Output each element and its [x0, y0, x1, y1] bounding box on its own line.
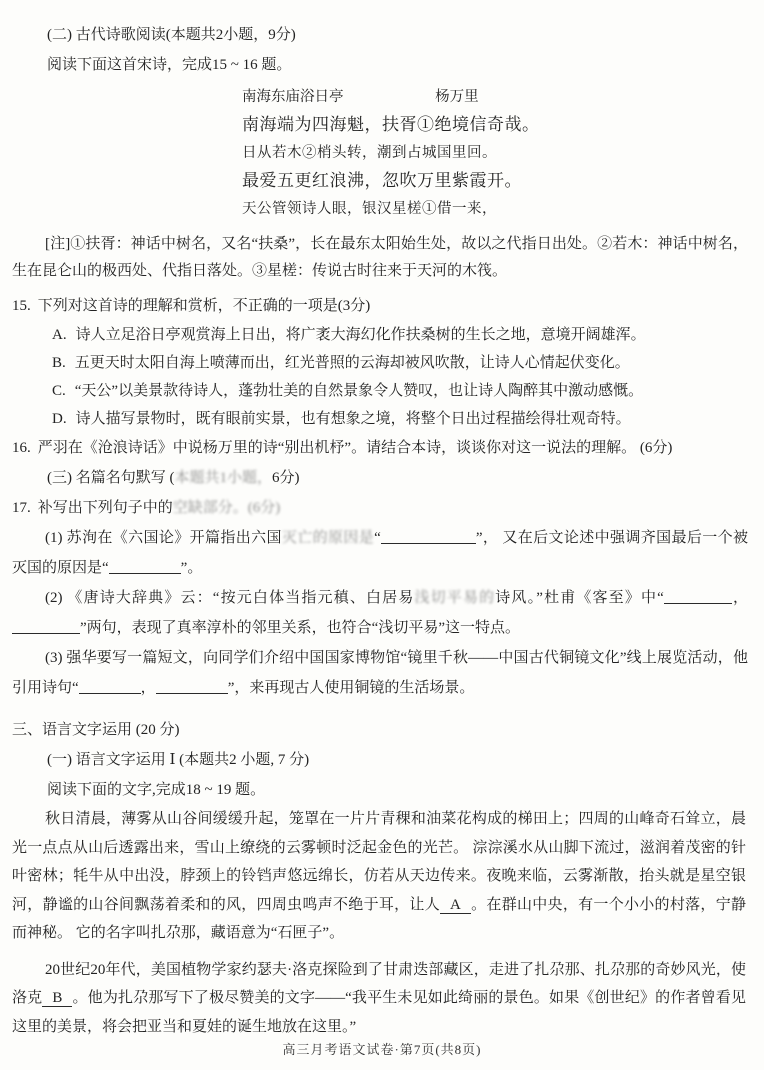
item-text: ，: [732, 590, 748, 606]
blank-line: [79, 680, 141, 694]
item-text: (1) 苏洵在《六国论》开篇指出六国: [45, 530, 282, 546]
poem-line: 南海端为四海魁，扶胥①绝境信奇哉。: [242, 111, 748, 139]
poem-title-row: 南海东庙浴日亭 杨万里: [242, 84, 748, 111]
option-label: D.: [52, 405, 67, 433]
smudged-text: 空缺部分。(6分): [173, 500, 281, 516]
poem-block: 南海东庙浴日亭 杨万里 南海端为四海魁，扶胥①绝境信奇哉。 日从若木②梢头转，潮…: [242, 84, 748, 223]
question-17-stem: 补写出下列句子中的空缺部分。(6分): [38, 493, 281, 523]
question-17-item-3: (3) 强华要写一篇短文，向同学们介绍中国国家博物馆“镜里千秋——中国古代铜镜文…: [12, 643, 748, 703]
smudged-text: 本题共1小题，: [175, 470, 273, 486]
passage-paragraph-1: 秋日清晨，薄雾从山谷间缓缓升起，笼罩在一片片青稞和油菜花构成的梯田上；四周的山峰…: [12, 805, 746, 948]
section-spacer: [12, 703, 748, 715]
question-16-number: 16.: [12, 433, 31, 463]
question-17-number: 17.: [12, 493, 31, 523]
question-15-number: 15.: [12, 291, 31, 321]
language-reading-intro: 阅读下面的文字,完成18 ~ 19 题。: [47, 775, 748, 805]
option-text: “天公”以美景款待诗人，蓬勃壮美的自然景象令人赞叹，也让诗人陶醉其中激动感慨。: [75, 377, 643, 405]
question-17: 17. 补写出下列句子中的空缺部分。(6分): [12, 493, 748, 523]
blank-a: A: [440, 897, 471, 914]
item-text: ”，来再现古人使用铜镜的生活场景。: [228, 680, 475, 696]
question-15: 15. 下列对这首诗的理解和赏析，不正确的一项是(3分): [12, 291, 748, 321]
question-15-stem: 下列对这首诗的理解和赏析，不正确的一项是(3分): [38, 291, 371, 321]
header-text: 6分): [272, 470, 300, 486]
question-15-option-b: B. 五更天时太阳自海上喷薄而出，红光普照的云海却被风吹散，让诗人心情起伏变化。: [52, 349, 748, 377]
poem-author: 杨万里: [435, 89, 479, 105]
language-sub-header: (一) 语言文字运用 Ⅰ (本题共2 小题, 7 分): [47, 745, 748, 775]
smudged-text: 浅切平易的: [415, 590, 496, 606]
question-17-item-1: (1) 苏洵在《六国论》开篇指出六国灭亡的原因是“”， 又在后文论述中强调齐国最…: [12, 523, 748, 583]
paragraph-text: 。他为扎尕那写下了极尽赞美的文字——“我平生未见如此绮丽的景色。如果《创世纪》的…: [12, 990, 746, 1035]
item-text: ”。: [181, 560, 203, 576]
question-17-item-2: (2) 《唐诗大辞典》云：“按元白体当指元稹、白居易浅切平易的诗风。”杜甫《客至…: [12, 583, 748, 643]
option-label: A.: [52, 321, 67, 349]
item-text: ，: [141, 680, 156, 696]
item-text: 诗风。”杜甫《客至》中“: [495, 590, 664, 606]
blank-b: B: [42, 990, 72, 1007]
question-15-option-a: A. 诗人立足浴日亭观赏海上日出，将广袤大海幻化作扶桑树的生长之地，意境开阔雄浑…: [52, 321, 748, 349]
poetry-section-header: (二) 古代诗歌阅读(本题共2小题，9分): [47, 20, 748, 50]
passage-paragraph-2: 20世纪20年代，美国植物学家约瑟夫·洛克探险到了甘肃迭部藏区，走进了扎尕那、扎…: [12, 956, 746, 1042]
language-section-header: 三、语言文字运用 (20 分): [12, 715, 748, 745]
dictation-section-header: (三) 名篇名句默写 (本题共1小题，6分): [47, 463, 748, 493]
poem-line: 最爱五更红浪沸，忽吹万里紫霞开。: [242, 167, 748, 195]
poem-line: 日从若木②梢头转，潮到占城国里回。: [242, 139, 748, 167]
blank-line: [109, 560, 181, 574]
poetry-reading-intro: 阅读下面这首宋诗，完成15 ~ 16 题。: [47, 50, 748, 80]
exam-page: (二) 古代诗歌阅读(本题共2小题，9分) 阅读下面这首宋诗，完成15 ~ 16…: [0, 0, 764, 1070]
poem-line: 天公管领诗人眼，银汉星槎①借一来，: [242, 195, 748, 223]
blank-line: [664, 590, 732, 604]
header-text: (三) 名篇名句默写 (: [47, 470, 175, 486]
item-text: (2) 《唐诗大辞典》云：“按元白体当指元稹、白居易: [45, 590, 415, 606]
option-text: 诗人立足浴日亭观赏海上日出，将广袤大海幻化作扶桑树的生长之地，意境开阔雄浑。: [76, 321, 646, 349]
item-text: ”两句，表现了真率淳朴的邻里关系，也符合“浅切平易”这一特点。: [80, 620, 520, 636]
question-15-option-c: C. “天公”以美景款待诗人，蓬勃壮美的自然景象令人赞叹，也让诗人陶醉其中激动感…: [52, 377, 748, 405]
question-16-text: 严羽在《沧浪诗话》中说杨万里的诗“别出机杼”。请结合本诗，谈谈你对这一说法的理解…: [38, 433, 673, 463]
item-text: “: [374, 530, 381, 546]
blank-line: [381, 530, 476, 544]
poem-note: [注]①扶胥：神话中树名，又名“扶桑”，长在最东太阳始生处，故以之代指日出处。②…: [12, 231, 748, 285]
option-label: C.: [52, 377, 66, 405]
poem-title: 南海东庙浴日亭: [242, 89, 344, 105]
blank-line: [156, 680, 228, 694]
stem-text: 补写出下列句子中的: [38, 500, 173, 516]
option-text: 五更天时太阳自海上喷薄而出，红光普照的云海却被风吹散，让诗人心情起伏变化。: [75, 349, 630, 377]
smudged-text: 灭亡的原因是: [282, 530, 374, 546]
blank-line: [12, 620, 80, 634]
question-16: 16. 严羽在《沧浪诗话》中说杨万里的诗“别出机杼”。请结合本诗，谈谈你对这一说…: [12, 433, 748, 463]
page-footer: 高三月考语文试卷·第7页(共8页): [0, 1042, 764, 1058]
question-15-option-d: D. 诗人描写景物时，既有眼前实景，也有想象之境，将整个日出过程描绘得壮观奇特。: [52, 405, 748, 433]
option-label: B.: [52, 349, 66, 377]
option-text: 诗人描写景物时，既有眼前实景，也有想象之境，将整个日出过程描绘得壮观奇特。: [76, 405, 631, 433]
